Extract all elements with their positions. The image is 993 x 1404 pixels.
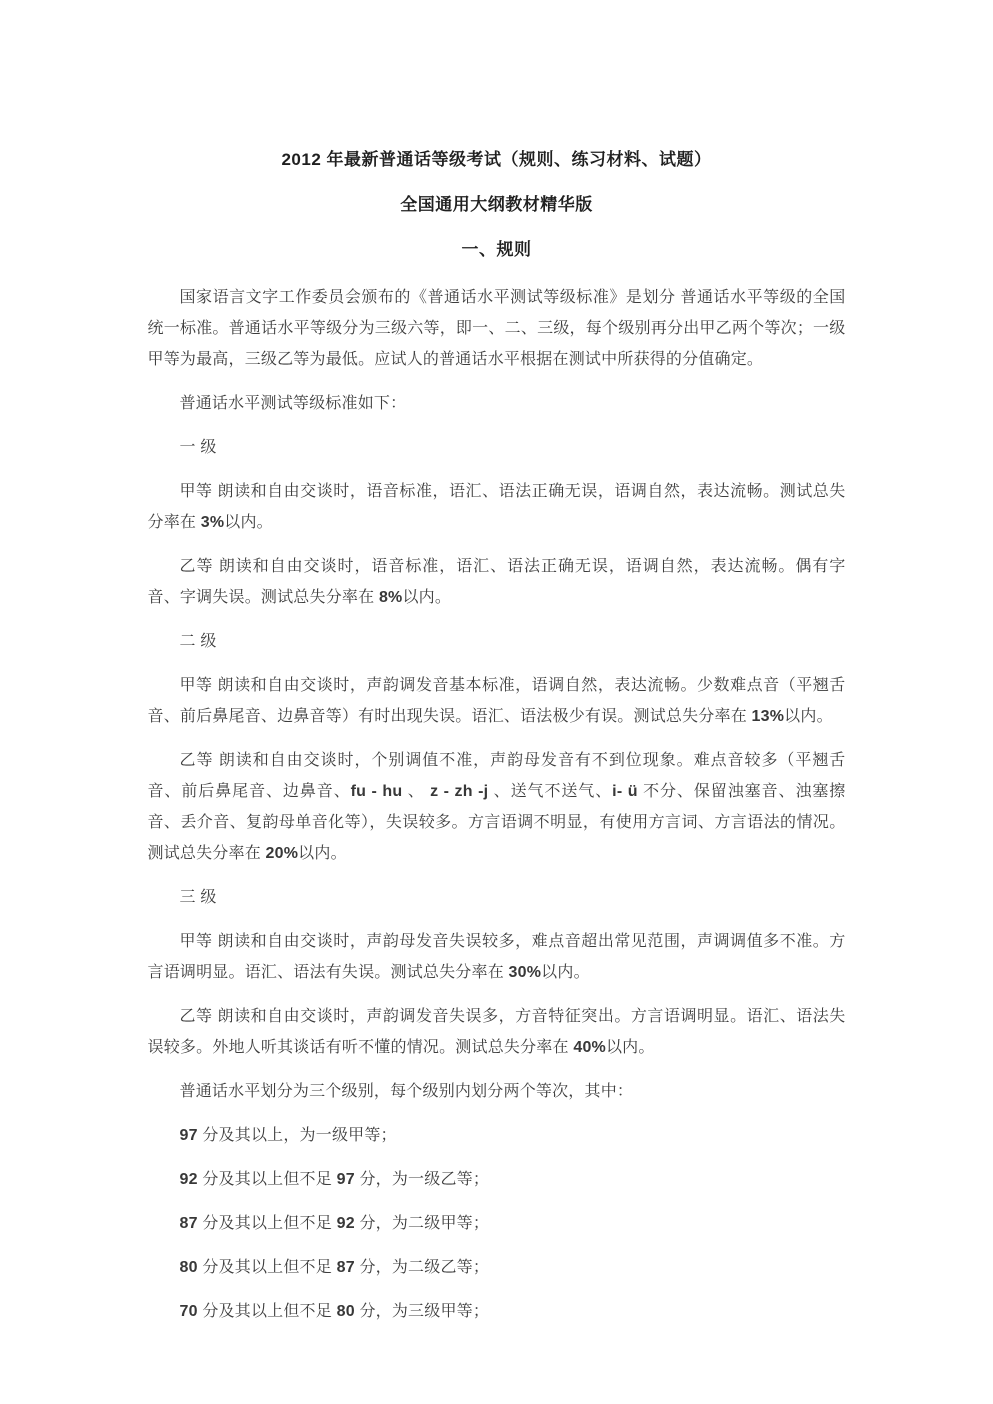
text-run: 甲等 朗读和自由交谈时，声韵调发音基本标准，语调自然，表达流畅。少数难点音（平翘… [148,677,846,725]
emphasized-text: 97 [180,1127,198,1144]
emphasized-text: 70 [180,1303,198,1320]
text-run: 国家语言文字工作委员会颁布的《普通话水平测试等级标准》是划分 普通话水平等级的全… [148,289,846,368]
text-run: 以内。 [541,964,590,981]
text-run: 以内。 [224,514,273,531]
emphasized-text: 3% [201,514,225,531]
emphasized-text: 92 [180,1171,198,1188]
emphasized-text: 40% [573,1039,606,1056]
emphasized-text: i- ü [612,783,638,800]
paragraph: 国家语言文字工作委员会颁布的《普通话水平测试等级标准》是划分 普通话水平等级的全… [148,282,846,375]
emphasized-text: fu - hu [351,783,403,800]
document-title: 2012 年最新普通话等级考试（规则、练习材料、试题） [148,150,846,170]
paragraph: 80 分及其以上但不足 87 分，为二级乙等； [148,1252,846,1283]
paragraph-list: 国家语言文字工作委员会颁布的《普通话水平测试等级标准》是划分 普通话水平等级的全… [148,282,846,1327]
text-run: 乙等 朗读和自由交谈时，声韵调发音失误多，方音特征突出。方言语调明显。语汇、语法… [148,1008,846,1056]
paragraph: 70 分及其以上但不足 80 分，为三级甲等； [148,1296,846,1327]
section-heading: 一、规则 [148,240,846,260]
text-run: 分及其以上但不足 [198,1303,337,1320]
document-page: 2012 年最新普通话等级考试（规则、练习材料、试题） 全国通用大纲教材精华版 … [0,0,993,1404]
text-run: 分及其以上但不足 [198,1171,337,1188]
emphasized-text: 87 [180,1215,198,1232]
text-run: 分，为二级乙等； [355,1259,489,1276]
document-subtitle: 全国通用大纲教材精华版 [148,195,846,215]
text-run: 普通话水平测试等级标准如下： [180,395,407,412]
emphasized-text: 92 [337,1215,355,1232]
paragraph: 普通话水平测试等级标准如下： [148,388,846,419]
text-run: 分及其以上但不足 [198,1259,337,1276]
emphasized-text: 30% [509,964,542,981]
text-run: 三 级 [180,889,217,906]
emphasized-text: 80 [337,1303,355,1320]
emphasized-text: z - zh -j [430,783,488,800]
level-heading: 一 级 [148,432,846,463]
paragraph: 97 分及其以上，为一级甲等； [148,1120,846,1151]
text-run: 以内。 [298,845,347,862]
document-content: 2012 年最新普通话等级考试（规则、练习材料、试题） 全国通用大纲教材精华版 … [148,150,846,1327]
text-run: 分，为二级甲等； [355,1215,489,1232]
text-run: 以内。 [784,708,833,725]
text-run: 以内。 [402,589,451,606]
text-run: 一 级 [180,439,217,456]
paragraph: 普通话水平划分为三个级别，每个级别内划分两个等次，其中： [148,1076,846,1107]
paragraph: 甲等 朗读和自由交谈时，语音标准，语汇、语法正确无误，语调自然，表达流畅。测试总… [148,476,846,538]
text-run: 乙等 朗读和自由交谈时，语音标准，语汇、语法正确无误，语调自然，表达流畅。偶有字… [148,558,846,606]
emphasized-text: 80 [180,1259,198,1276]
text-run: 分及其以上但不足 [198,1215,337,1232]
level-heading: 三 级 [148,882,846,913]
paragraph: 92 分及其以上但不足 97 分，为一级乙等； [148,1164,846,1195]
text-run: 分及其以上，为一级甲等； [198,1127,397,1144]
paragraph: 乙等 朗读和自由交谈时，声韵调发音失误多，方音特征突出。方言语调明显。语汇、语法… [148,1001,846,1063]
emphasized-text: 87 [337,1259,355,1276]
paragraph: 甲等 朗读和自由交谈时，声韵母发音失误较多，难点音超出常见范围，声调调值多不准。… [148,926,846,988]
text-run: 分，为三级甲等； [355,1303,489,1320]
emphasized-text: 20% [266,845,299,862]
emphasized-text: 97 [337,1171,355,1188]
level-heading: 二 级 [148,626,846,657]
paragraph: 乙等 朗读和自由交谈时，个别调值不准，声韵母发音有不到位现象。难点音较多（平翘舌… [148,745,846,869]
paragraph: 甲等 朗读和自由交谈时，声韵调发音基本标准，语调自然，表达流畅。少数难点音（平翘… [148,670,846,732]
text-run: 甲等 朗读和自由交谈时，声韵母发音失误较多，难点音超出常见范围，声调调值多不准。… [148,933,846,981]
paragraph: 87 分及其以上但不足 92 分，为二级甲等； [148,1208,846,1239]
emphasized-text: 8% [379,589,403,606]
text-run: 二 级 [180,633,217,650]
text-run: 分，为一级乙等； [355,1171,489,1188]
paragraph: 乙等 朗读和自由交谈时，语音标准，语汇、语法正确无误，语调自然，表达流畅。偶有字… [148,551,846,613]
text-run: 、送气不送气、 [488,783,612,800]
text-run: 以内。 [606,1039,655,1056]
text-run: 普通话水平划分为三个级别，每个级别内划分两个等次，其中： [180,1083,634,1100]
text-run: 、 [402,783,430,800]
emphasized-text: 13% [752,708,785,725]
